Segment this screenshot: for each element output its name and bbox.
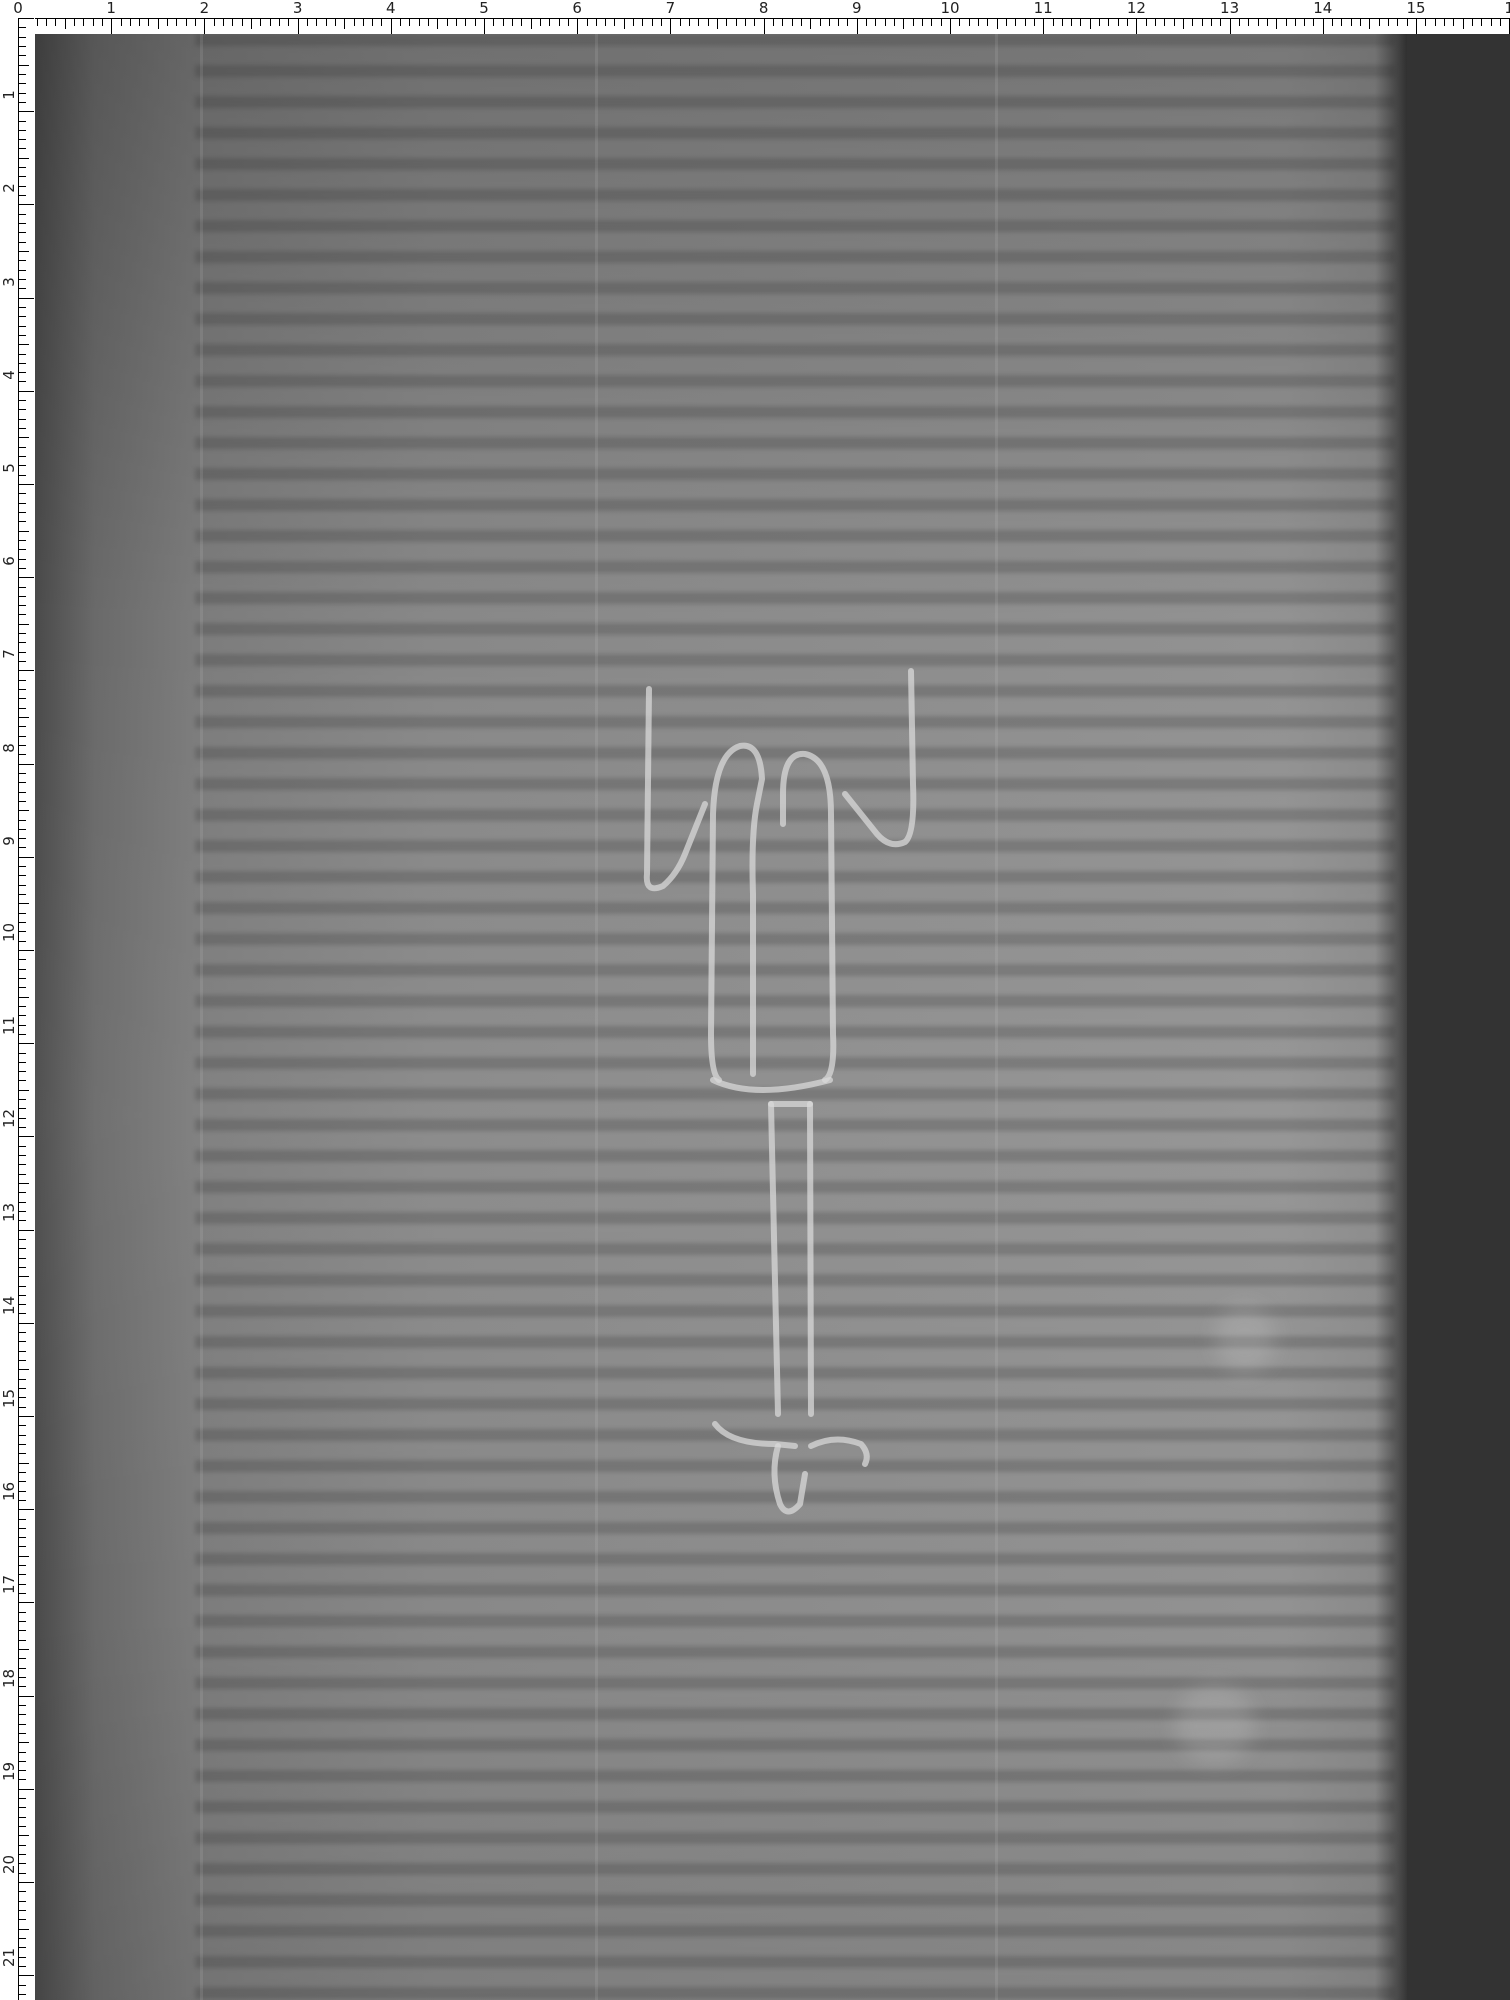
ruler-tick — [1183, 19, 1184, 29]
ruler-tick — [279, 19, 280, 26]
ruler-tick — [19, 158, 29, 159]
ruler-tick — [19, 1407, 26, 1408]
ruler-tick — [969, 19, 970, 26]
ruler-tick — [708, 19, 709, 26]
top-ruler-label: 1 — [106, 0, 116, 16]
ruler-tick — [1341, 19, 1342, 26]
ruler-tick — [19, 1369, 29, 1370]
ruler-tick — [1127, 19, 1128, 26]
ruler-tick — [19, 167, 26, 168]
ruler-tick — [19, 997, 29, 998]
ruler-tick — [19, 726, 26, 727]
ruler-tick — [19, 381, 26, 382]
ruler-tick — [19, 698, 26, 699]
ruler-tick — [19, 18, 34, 19]
ruler-tick — [1360, 19, 1361, 26]
ruler-tick — [903, 19, 904, 29]
ruler-tick — [1192, 19, 1193, 26]
ruler-tick — [19, 1696, 34, 1697]
ruler-tick — [1472, 19, 1473, 26]
ruler-tick — [19, 1677, 26, 1678]
ruler-tick — [19, 969, 26, 970]
ruler-tick — [19, 624, 29, 625]
ruler-tick — [19, 1565, 26, 1566]
ruler-tick — [19, 838, 26, 839]
left-ruler-label: 6 — [1, 553, 17, 569]
ruler-tick — [223, 19, 224, 26]
ruler-tick — [19, 745, 26, 746]
ruler-tick — [624, 19, 625, 29]
ruler-tick — [931, 19, 932, 26]
ruler-tick — [1332, 19, 1333, 26]
ruler-tick — [19, 531, 29, 532]
ruler-tick — [19, 428, 26, 429]
ruler-tick — [19, 987, 26, 988]
ruler-tick — [19, 83, 26, 84]
ruler-tick — [19, 1127, 26, 1128]
ruler-tick — [689, 19, 690, 26]
ruler-tick — [568, 19, 569, 26]
left-ruler-label: 13 — [1, 1206, 17, 1222]
left-ruler: 123456789101112131415161718192021 — [0, 18, 35, 2000]
left-ruler-label: 14 — [1, 1299, 17, 1315]
ruler-tick — [326, 19, 327, 26]
ruler-tick — [19, 1770, 26, 1771]
anchor-watermark-icon — [35, 34, 1510, 2000]
ruler-tick — [19, 111, 34, 112]
ruler-tick — [19, 419, 26, 420]
ruler-tick — [19, 689, 26, 690]
ruler-tick — [19, 1891, 26, 1892]
ruler-tick — [941, 19, 942, 26]
ruler-tick — [745, 19, 746, 26]
ruler-tick — [19, 764, 34, 765]
ruler-tick — [19, 680, 26, 681]
ruler-tick — [19, 885, 26, 886]
ruler-tick — [19, 1108, 26, 1109]
ruler-tick — [19, 1323, 34, 1324]
ruler-tick — [1295, 19, 1296, 26]
ruler-tick — [950, 19, 951, 34]
ruler-tick — [19, 1435, 26, 1436]
ruler-tick — [997, 19, 998, 29]
ruler-tick — [913, 19, 914, 26]
ruler-tick — [19, 857, 34, 858]
ruler-tick — [894, 19, 895, 26]
ruler-tick — [19, 1202, 26, 1203]
ruler-tick — [19, 1705, 26, 1706]
ruler-tick — [1388, 19, 1389, 26]
ruler-tick — [19, 260, 26, 261]
left-ruler-label: 21 — [1, 1951, 17, 1967]
top-ruler-label: 15 — [1406, 0, 1425, 16]
ruler-tick — [1015, 19, 1016, 26]
ruler-tick — [19, 1807, 26, 1808]
ruler-tick — [19, 242, 26, 243]
ruler-tick — [19, 130, 26, 131]
ruler-tick — [19, 279, 26, 280]
ruler-tick — [19, 847, 26, 848]
ruler-tick — [19, 1742, 29, 1743]
ruler-tick — [19, 1043, 34, 1044]
ruler-tick — [232, 19, 233, 26]
ruler-tick — [19, 1444, 26, 1445]
ruler-tick — [1379, 19, 1380, 26]
ruler-tick — [437, 19, 438, 29]
ruler-tick — [19, 1248, 26, 1249]
ruler-tick — [19, 661, 26, 662]
ruler-tick — [1425, 19, 1426, 26]
ruler-tick — [847, 19, 848, 26]
ruler-tick — [19, 1873, 26, 1874]
ruler-tick — [19, 1817, 26, 1818]
ruler-tick — [19, 1929, 29, 1930]
ruler-tick — [19, 1351, 26, 1352]
ruler-tick — [167, 19, 168, 26]
ruler-tick — [19, 1267, 26, 1268]
ruler-tick — [1118, 19, 1119, 26]
ruler-tick — [19, 148, 26, 149]
ruler-tick — [605, 19, 606, 26]
ruler-tick — [19, 1957, 26, 1958]
ruler-tick — [19, 1537, 26, 1538]
ruler-tick — [19, 1425, 26, 1426]
ruler-tick — [1230, 19, 1231, 34]
ruler-tick — [19, 1761, 26, 1762]
ruler-tick — [1053, 19, 1054, 26]
ruler-tick — [1025, 19, 1026, 26]
ruler-tick — [19, 894, 26, 895]
ruler-tick — [922, 19, 923, 26]
ruler-tick — [1090, 19, 1091, 29]
ruler-tick — [1416, 19, 1417, 34]
ruler-tick — [19, 642, 26, 643]
ruler-tick — [549, 19, 550, 26]
ruler-tick — [19, 708, 26, 709]
ruler-tick — [19, 782, 26, 783]
ruler-tick — [19, 1724, 26, 1725]
ruler-tick — [782, 19, 783, 26]
ruler-tick — [19, 559, 26, 560]
ruler-tick — [19, 736, 26, 737]
ruler-tick — [19, 1789, 34, 1790]
left-ruler-label: 12 — [1, 1112, 17, 1128]
ruler-tick — [19, 1025, 26, 1026]
ruler-tick — [1491, 19, 1492, 26]
ruler-tick — [251, 19, 252, 29]
ruler-tick — [19, 1463, 29, 1464]
ruler-tick — [717, 19, 718, 29]
ruler-tick — [764, 19, 765, 34]
ruler-tick — [19, 950, 34, 951]
ruler-tick — [531, 19, 532, 29]
ruler-tick — [19, 1481, 26, 1482]
ruler-tick — [214, 19, 215, 26]
ruler-tick — [19, 344, 29, 345]
ruler-tick — [19, 605, 26, 606]
ruler-tick — [19, 1640, 26, 1641]
ruler-tick — [1369, 19, 1370, 29]
ruler-tick — [19, 1556, 29, 1557]
ruler-tick — [19, 1668, 26, 1669]
ruler-tick — [19, 568, 26, 569]
ruler-tick — [959, 19, 960, 26]
top-ruler-label: 3 — [293, 0, 303, 16]
ruler-tick — [139, 19, 140, 26]
left-ruler-label: 8 — [1, 740, 17, 756]
ruler-tick — [204, 19, 205, 34]
ruler-tick — [19, 447, 26, 448]
ruler-tick — [298, 19, 299, 34]
ruler-tick — [19, 1239, 26, 1240]
left-ruler-label: 2 — [1, 180, 17, 196]
ruler-tick — [1397, 19, 1398, 26]
left-ruler-label: 19 — [1, 1765, 17, 1781]
beyond-page-edge — [1407, 34, 1510, 2000]
ruler-tick — [19, 465, 26, 466]
ruler-tick — [19, 1360, 26, 1361]
ruler-tick — [19, 959, 26, 960]
ruler-tick — [19, 1183, 29, 1184]
ruler-tick — [1220, 19, 1221, 26]
left-ruler-label: 3 — [1, 274, 17, 290]
ruler-tick — [19, 801, 26, 802]
ruler-tick — [19, 773, 26, 774]
ruler-tick — [19, 400, 26, 401]
ruler-tick — [19, 1491, 26, 1492]
ruler-tick — [93, 19, 94, 26]
ruler-tick — [19, 1313, 26, 1314]
ruler-tick — [19, 1975, 34, 1976]
ruler-tick — [1248, 19, 1249, 26]
ruler-tick — [307, 19, 308, 26]
ruler-tick — [447, 19, 448, 26]
ruler-tick — [1062, 19, 1063, 26]
ruler-tick — [19, 1304, 26, 1305]
ruler-tick — [19, 65, 29, 66]
ruler-tick — [1276, 19, 1277, 29]
ruler-tick — [428, 19, 429, 26]
ruler-tick — [19, 1071, 26, 1072]
ruler-tick — [19, 493, 26, 494]
ruler-tick — [19, 1938, 26, 1939]
ruler-tick — [19, 1630, 26, 1631]
ruler-tick — [19, 372, 26, 373]
ruler-tick — [19, 1276, 29, 1277]
ruler-tick — [19, 1034, 26, 1035]
ruler-tick — [587, 19, 588, 26]
ruler-tick — [19, 1379, 26, 1380]
ruler-tick — [19, 1211, 26, 1212]
ruler-tick — [540, 19, 541, 26]
ruler-tick — [335, 19, 336, 26]
ruler-tick — [1407, 19, 1408, 26]
ruler-tick — [19, 587, 26, 588]
ruler-tick — [19, 456, 26, 457]
ruler-tick — [652, 19, 653, 26]
ruler-tick — [19, 1779, 26, 1780]
ruler-tick — [19, 1080, 26, 1081]
ruler-tick — [111, 19, 112, 34]
top-ruler-label: 12 — [1127, 0, 1146, 16]
ruler-tick — [19, 437, 29, 438]
ruler-tick — [19, 1901, 26, 1902]
ruler-tick — [19, 503, 26, 504]
ruler-tick — [19, 1453, 26, 1454]
ruler-tick — [19, 1863, 26, 1864]
ruler-tick — [19, 577, 34, 578]
ruler-tick — [1034, 19, 1035, 26]
left-ruler-label: 10 — [1, 926, 17, 942]
ruler-tick — [19, 326, 26, 327]
top-ruler-label: 7 — [666, 0, 676, 16]
ruler-tick — [19, 409, 26, 410]
left-ruler-label: 16 — [1, 1485, 17, 1501]
ruler-tick — [1444, 19, 1445, 26]
ruler-tick — [19, 316, 26, 317]
ruler-tick — [19, 1397, 26, 1398]
top-ruler-label: 13 — [1220, 0, 1239, 16]
ruler-tick — [1108, 19, 1109, 26]
ruler-tick — [19, 176, 26, 177]
ruler-tick — [19, 354, 26, 355]
ruler-tick — [372, 19, 373, 26]
ruler-tick — [186, 19, 187, 26]
ruler-tick — [195, 19, 196, 26]
ruler-tick — [19, 1798, 26, 1799]
ruler-tick — [19, 875, 26, 876]
ruler-tick — [316, 19, 317, 26]
ruler-tick — [838, 19, 839, 26]
ruler-tick — [1453, 19, 1454, 26]
ruler-tick — [1146, 19, 1147, 26]
ruler-tick — [19, 1500, 26, 1501]
ruler-tick — [242, 19, 243, 26]
ruler-tick — [19, 121, 26, 122]
top-ruler-label: 0 — [13, 0, 23, 16]
ruler-tick — [270, 19, 271, 26]
ruler-tick — [19, 1733, 26, 1734]
ruler-tick — [987, 19, 988, 26]
ruler-tick — [409, 19, 410, 26]
ruler-tick — [19, 521, 26, 522]
ruler-tick — [19, 1910, 26, 1911]
ruler-tick — [19, 74, 26, 75]
ruler-tick — [19, 596, 26, 597]
ruler-tick — [19, 298, 34, 299]
ruler-tick — [810, 19, 811, 29]
ruler-tick — [1267, 19, 1268, 26]
ruler-tick — [19, 1882, 34, 1883]
ruler-tick — [148, 19, 149, 26]
ruler-tick — [642, 19, 643, 26]
ruler-tick — [158, 19, 159, 29]
ruler-tick — [1435, 19, 1436, 26]
left-ruler-label: 9 — [1, 833, 17, 849]
left-ruler-label: 4 — [1, 367, 17, 383]
ruler-tick — [19, 484, 34, 485]
ruler-tick — [19, 1546, 26, 1547]
top-ruler-label: 10 — [940, 0, 959, 16]
ruler-tick — [19, 633, 26, 634]
ruler-tick — [829, 19, 830, 26]
ruler-tick — [19, 1919, 26, 1920]
ruler-tick — [19, 1015, 26, 1016]
ruler-tick — [65, 19, 66, 29]
ruler-tick — [1164, 19, 1165, 26]
ruler-tick — [19, 1574, 26, 1575]
ruler-tick — [1155, 19, 1156, 26]
ruler-tick — [1304, 19, 1305, 26]
ruler-tick — [857, 19, 858, 34]
ruler-tick — [19, 1220, 26, 1221]
top-ruler-label: 11 — [1034, 0, 1053, 16]
ruler-tick — [19, 512, 26, 513]
ruler-tick — [19, 27, 26, 28]
ruler-tick — [354, 19, 355, 26]
ruler-tick — [1500, 19, 1501, 26]
ruler-tick — [1258, 19, 1259, 26]
top-ruler-label: 14 — [1313, 0, 1332, 16]
ruler-tick — [19, 1649, 29, 1650]
ruler-tick — [19, 391, 34, 392]
ruler-tick — [1463, 19, 1464, 29]
top-ruler-label: 8 — [759, 0, 769, 16]
ruler-tick — [885, 19, 886, 26]
ruler-tick — [19, 540, 26, 541]
ruler-tick — [19, 1286, 26, 1287]
ruler-tick — [46, 19, 47, 26]
top-ruler-label: 2 — [200, 0, 210, 16]
ruler-tick — [19, 251, 29, 252]
ruler-tick — [19, 1388, 26, 1389]
ruler-tick — [19, 46, 26, 47]
ruler-tick — [19, 307, 26, 308]
top-ruler-label: 1 — [1504, 0, 1510, 16]
top-ruler-label: 5 — [479, 0, 489, 16]
ruler-tick — [19, 1612, 26, 1613]
ruler-tick — [736, 19, 737, 26]
ruler-tick — [521, 19, 522, 26]
ruler-tick — [19, 717, 29, 718]
ruler-tick — [19, 270, 26, 271]
ruler-tick — [456, 19, 457, 26]
ruler-tick — [19, 614, 26, 615]
ruler-tick — [19, 93, 26, 94]
ruler-tick — [19, 335, 26, 336]
ruler-tick — [19, 1472, 26, 1473]
ruler-tick — [19, 1985, 26, 1986]
ruler-tick — [19, 1528, 26, 1529]
ruler-tick — [19, 363, 26, 364]
ruler-tick — [19, 1835, 29, 1836]
ruler-tick — [19, 1230, 34, 1231]
ruler-tick — [19, 1062, 26, 1063]
left-ruler-label: 7 — [1, 646, 17, 662]
ruler-tick — [19, 1509, 34, 1510]
ruler-tick — [19, 223, 26, 224]
ruler-tick — [19, 139, 26, 140]
ruler-tick — [19, 102, 26, 103]
ruler-tick — [19, 1295, 26, 1296]
left-ruler-label: 15 — [1, 1392, 17, 1408]
ruler-tick — [19, 1118, 26, 1119]
ruler-tick — [1080, 19, 1081, 26]
ruler-tick — [698, 19, 699, 26]
ruler-tick — [19, 670, 34, 671]
ruler-tick — [661, 19, 662, 26]
ruler-tick — [19, 549, 26, 550]
